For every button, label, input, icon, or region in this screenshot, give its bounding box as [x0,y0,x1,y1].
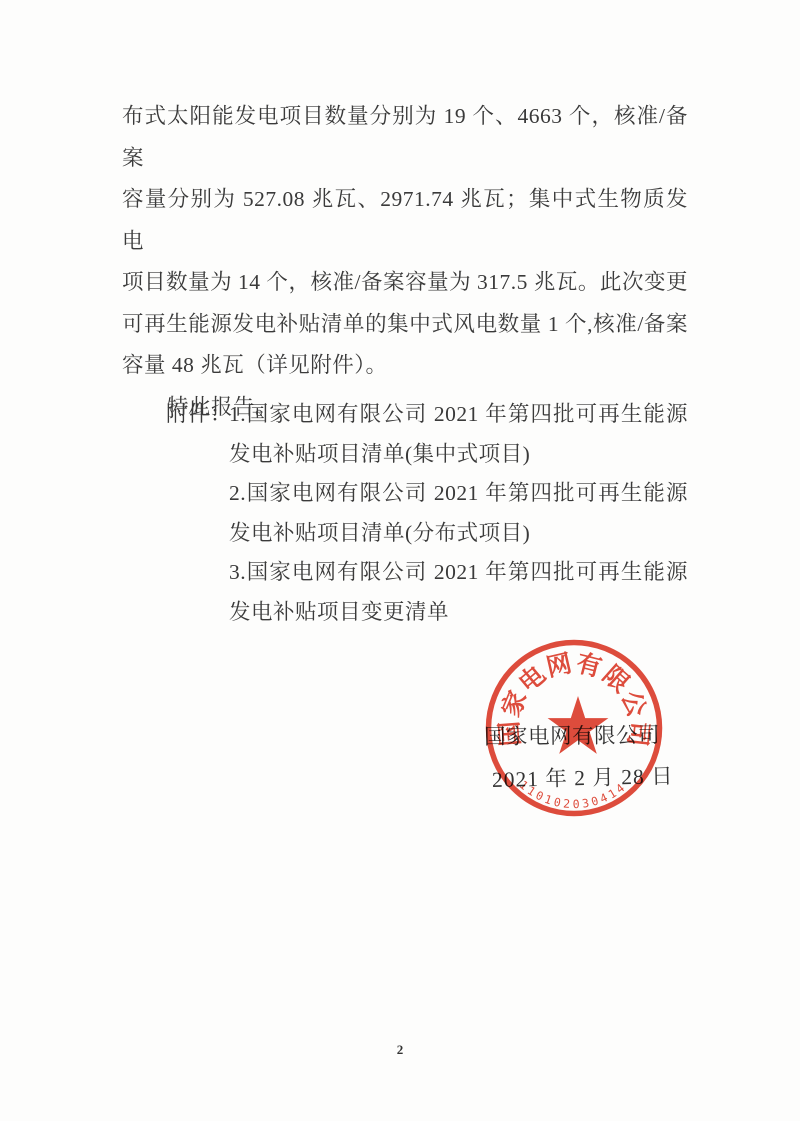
body-line-1: 布式太阳能发电项目数量分别为 19 个、4663 个，核准/备案 [122,96,688,179]
attachment-line: 发电补贴项目清单(集中式项目) [229,435,688,475]
body-line-2: 容量分别为 527.08 兆瓦、2971.74 兆瓦；集中式生物质发电 [122,179,688,262]
attachment-line: 发电补贴项目变更清单 [229,593,688,633]
attachments-label: 附件： [166,395,232,435]
attachments-block: 附件： 1.国家电网有限公司 2021 年第四批可再生能源 发电补贴项目清单(集… [122,395,688,632]
body-line-5: 容量 48 兆瓦（详见附件）。 [122,345,688,387]
attachment-line: 3.国家电网有限公司 2021 年第四批可再生能源 [229,553,688,593]
attachment-line: 2.国家电网有限公司 2021 年第四批可再生能源 [229,474,688,514]
attachment-item: 3.国家电网有限公司 2021 年第四批可再生能源 发电补贴项目变更清单 [229,553,688,632]
body-line-3: 项目数量为 14 个，核准/备案容量为 317.5 兆瓦。此次变更 [122,262,688,304]
official-seal: 国家电网有限公司 1101020304146 [479,633,669,823]
attachment-line: 1.国家电网有限公司 2021 年第四批可再生能源 [229,395,688,435]
body-line-4: 可再生能源发电补贴清单的集中式风电数量 1 个,核准/备案 [122,304,688,346]
page-number: 2 [0,1042,800,1058]
attachment-item: 1.国家电网有限公司 2021 年第四批可再生能源 发电补贴项目清单(集中式项目… [229,395,688,474]
seal-star-icon [548,696,609,754]
attachment-item: 2.国家电网有限公司 2021 年第四批可再生能源 发电补贴项目清单(分布式项目… [229,474,688,553]
attachment-line: 发电补贴项目清单(分布式项目) [229,514,688,554]
document-page: 布式太阳能发电项目数量分别为 19 个、4663 个，核准/备案 容量分别为 5… [0,0,800,1121]
body-paragraph: 布式太阳能发电项目数量分别为 19 个、4663 个，核准/备案 容量分别为 5… [122,96,688,428]
